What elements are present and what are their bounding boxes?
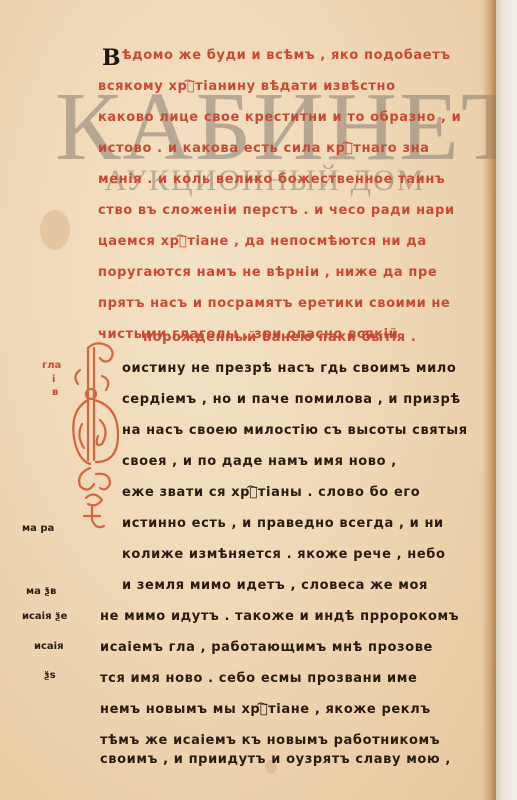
text-line: прятъ насъ и посрамятъ еретики своими не (98, 296, 450, 311)
manuscript-page: КАБИНЕТЪ АУКЦИОННЫЙ ДОМ В ѣдомо же буди … (0, 0, 496, 800)
initial-letter: В (102, 45, 121, 71)
text-line: цаемся хрⷭ҇тіане , да непосмѣются ни да (98, 234, 427, 249)
ornamental-initial-icon (66, 340, 124, 535)
text-line: истово . и какова есть сила крⷭ҇тнаго зн… (98, 141, 430, 156)
text-line: истинно есть , и праведно всегда , и ни (122, 516, 444, 531)
text-line: тся имя ново . себо есмы прозвани име (100, 671, 417, 686)
text-line: порожденный банею паки бытія . (143, 330, 416, 345)
text-line: своея , и по даде намъ имя ново , (122, 454, 397, 469)
text-line: на насъ своею милостію съ высоты святыя (122, 423, 468, 438)
text-line: своимъ , и приидутъ и оузрятъ славу мою … (100, 752, 451, 767)
text-line: немъ новымъ мы хрⷭ҇тіане , якоже реклъ (100, 702, 431, 717)
text-line: исаіемъ гла , работающимъ мнѣ прозове (100, 640, 433, 655)
margin-note: гла (42, 360, 61, 371)
text-line: не мимо идутъ . такоже и индѣ прророкомъ (100, 609, 459, 624)
margin-note: в (52, 387, 58, 398)
text-line: менія . и коль велико божественное таинъ (98, 172, 445, 187)
text-line: колиже измѣняется . якоже рече , небо (122, 547, 446, 562)
margin-note: ма ѯв (26, 586, 56, 597)
text-line: тѣмъ же исаіемъ къ новымъ работникомъ (100, 733, 440, 748)
margin-note: ѯѕ (44, 670, 56, 681)
paper-stain (40, 210, 70, 250)
margin-note: исаія ѯе (22, 611, 67, 622)
text-line: оистину не презрѣ насъ гдь своимъ мило (122, 361, 456, 376)
text-line: всякому хрⷭ҇тіанину вѣдати извѣстно (98, 79, 396, 94)
text-line: ѣдомо же буди и всѣмъ , яко подобаетъ (122, 48, 451, 63)
text-line: сердіемъ , но и паче помилова , и призрѣ (122, 392, 461, 407)
margin-note: ма ра (22, 523, 54, 534)
page-edge-strip (496, 0, 517, 800)
text-line: и земля мимо идетъ , словеса же моя (122, 578, 428, 593)
text-line: поругаются намъ не вѣрніи , ниже да пре (98, 265, 437, 280)
text-line: каково лице свое креститни и то образно … (98, 110, 461, 125)
margin-note: і (52, 374, 55, 385)
margin-note: исаія (34, 641, 64, 652)
text-line: еже звати ся хрⷭ҇тіаны . слово бо его (122, 485, 420, 500)
text-line: ство въ сложеніи перстъ . и чесо ради на… (98, 203, 455, 218)
